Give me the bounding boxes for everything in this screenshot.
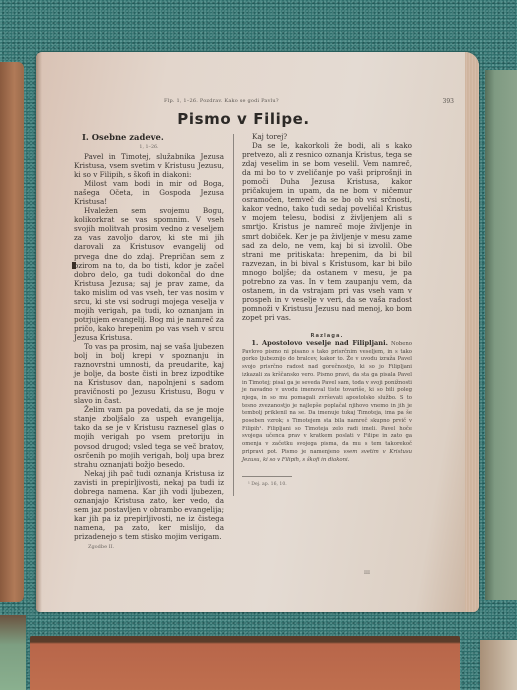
right-column: Kaj torej? Da se le, kakorkoli že bodi, …	[242, 132, 412, 489]
footnote-rule	[242, 476, 292, 477]
right-book-cover	[485, 70, 517, 600]
paragraph: Milost vam bodi in mir od Boga, našega O…	[74, 179, 224, 206]
right-book-edge	[480, 640, 517, 690]
left-book-edge	[0, 615, 26, 690]
commentary-text: Nobeno Pavlovo pismo ni pisano s tako pr…	[242, 341, 412, 455]
page-number: 393	[443, 98, 454, 105]
paragraph: Hvaležen sem svojemu Bogu, kolikorkrat s…	[74, 206, 224, 342]
book-page: Flp. 1, 1–26. Pozdrav. Kako se godi Pavl…	[36, 52, 479, 612]
page-spine	[36, 52, 42, 612]
paragraph: To vas pa prosim, naj se vaša ljubezen b…	[74, 342, 224, 405]
printer-signature: Zgodbe II.	[88, 543, 224, 552]
left-book-cover	[0, 62, 24, 602]
paragraph: Pavel in Timotej, služabnika Jezusa Kris…	[74, 152, 224, 179]
bottom-book-cover	[30, 636, 460, 690]
signature-mark: III	[364, 570, 370, 576]
section-heading: I. Osebne zadeve.	[82, 132, 224, 143]
page-fore-edge	[465, 52, 479, 612]
commentary-body: 1. Apostolovo veselje nad Filipljani. No…	[242, 340, 412, 464]
paragraph: Nekaj jih pač tudi oznanja Kristusa iz z…	[74, 469, 224, 541]
paragraph: Želim vam pa povedati, da se je moje sta…	[74, 405, 224, 468]
paragraph: Kaj torej?	[242, 132, 412, 141]
commentary-heading: 1. Apostolovo veselje nad Filipljani.	[251, 339, 388, 347]
running-head: Flp. 1, 1–26. Pozdrav. Kako se godi Pavl…	[164, 98, 454, 108]
left-column: I. Osebne zadeve. 1, 1–26. Pavel in Timo…	[74, 132, 224, 552]
paragraph: Da se le, kakorkoli že bodi, ali s kako …	[242, 141, 412, 322]
running-head-reference: Flp. 1, 1–26. Pozdrav. Kako se godi Pavl…	[164, 98, 279, 104]
column-divider	[233, 134, 234, 496]
verse-reference: 1, 1–26.	[74, 143, 224, 152]
footnote: ¹ Dej. ap. 16, 10.	[248, 480, 412, 489]
page-title: Pismo v Filipe.	[36, 110, 451, 128]
